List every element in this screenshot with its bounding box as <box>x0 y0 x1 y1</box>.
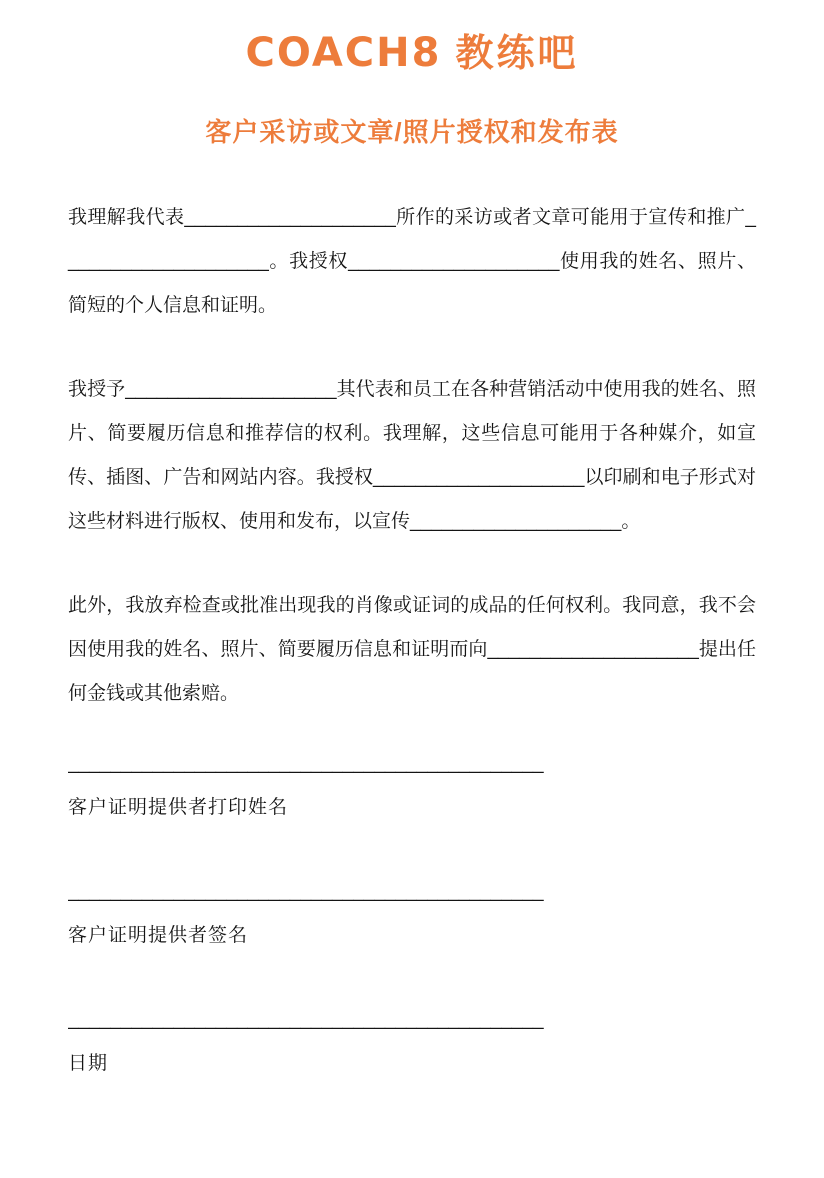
brand-logo-latin: COACH8 <box>246 30 442 76</box>
brand-logo-cn: 教练吧 <box>455 33 578 75</box>
signature-block-printed-name: ________________________________________… <box>68 742 756 830</box>
date-label: 日期 <box>68 1042 756 1086</box>
form-body: 我理解我代表____________________所作的采访或者文章可能用于宣… <box>68 196 756 716</box>
printed-name-blank-line: ________________________________________… <box>68 742 756 786</box>
signature-block-signature: ________________________________________… <box>68 870 756 958</box>
paragraph-authorization-2: 我授予____________________其代表和员工在各种营销活动中使用我… <box>68 368 756 544</box>
paragraph-authorization-1: 我理解我代表____________________所作的采访或者文章可能用于宣… <box>68 196 756 328</box>
document-page: COACH8教练吧 客户采访或文章/照片授权和发布表 我理解我代表_______… <box>0 0 824 1178</box>
paragraph-waiver: 此外，我放弃检查或批准出现我的肖像或证词的成品的任何权利。我同意，我不会因使用我… <box>68 584 756 716</box>
signature-label: 客户证明提供者签名 <box>68 914 756 958</box>
brand-logo: COACH8教练吧 <box>0 30 824 76</box>
signature-blank-line: ________________________________________… <box>68 870 756 914</box>
signature-section: ________________________________________… <box>68 742 756 1086</box>
date-blank-line: ________________________________________… <box>68 998 756 1042</box>
printed-name-label: 客户证明提供者打印姓名 <box>68 786 756 830</box>
form-title: 客户采访或文章/照片授权和发布表 <box>0 116 824 148</box>
signature-block-date: ________________________________________… <box>68 998 756 1086</box>
